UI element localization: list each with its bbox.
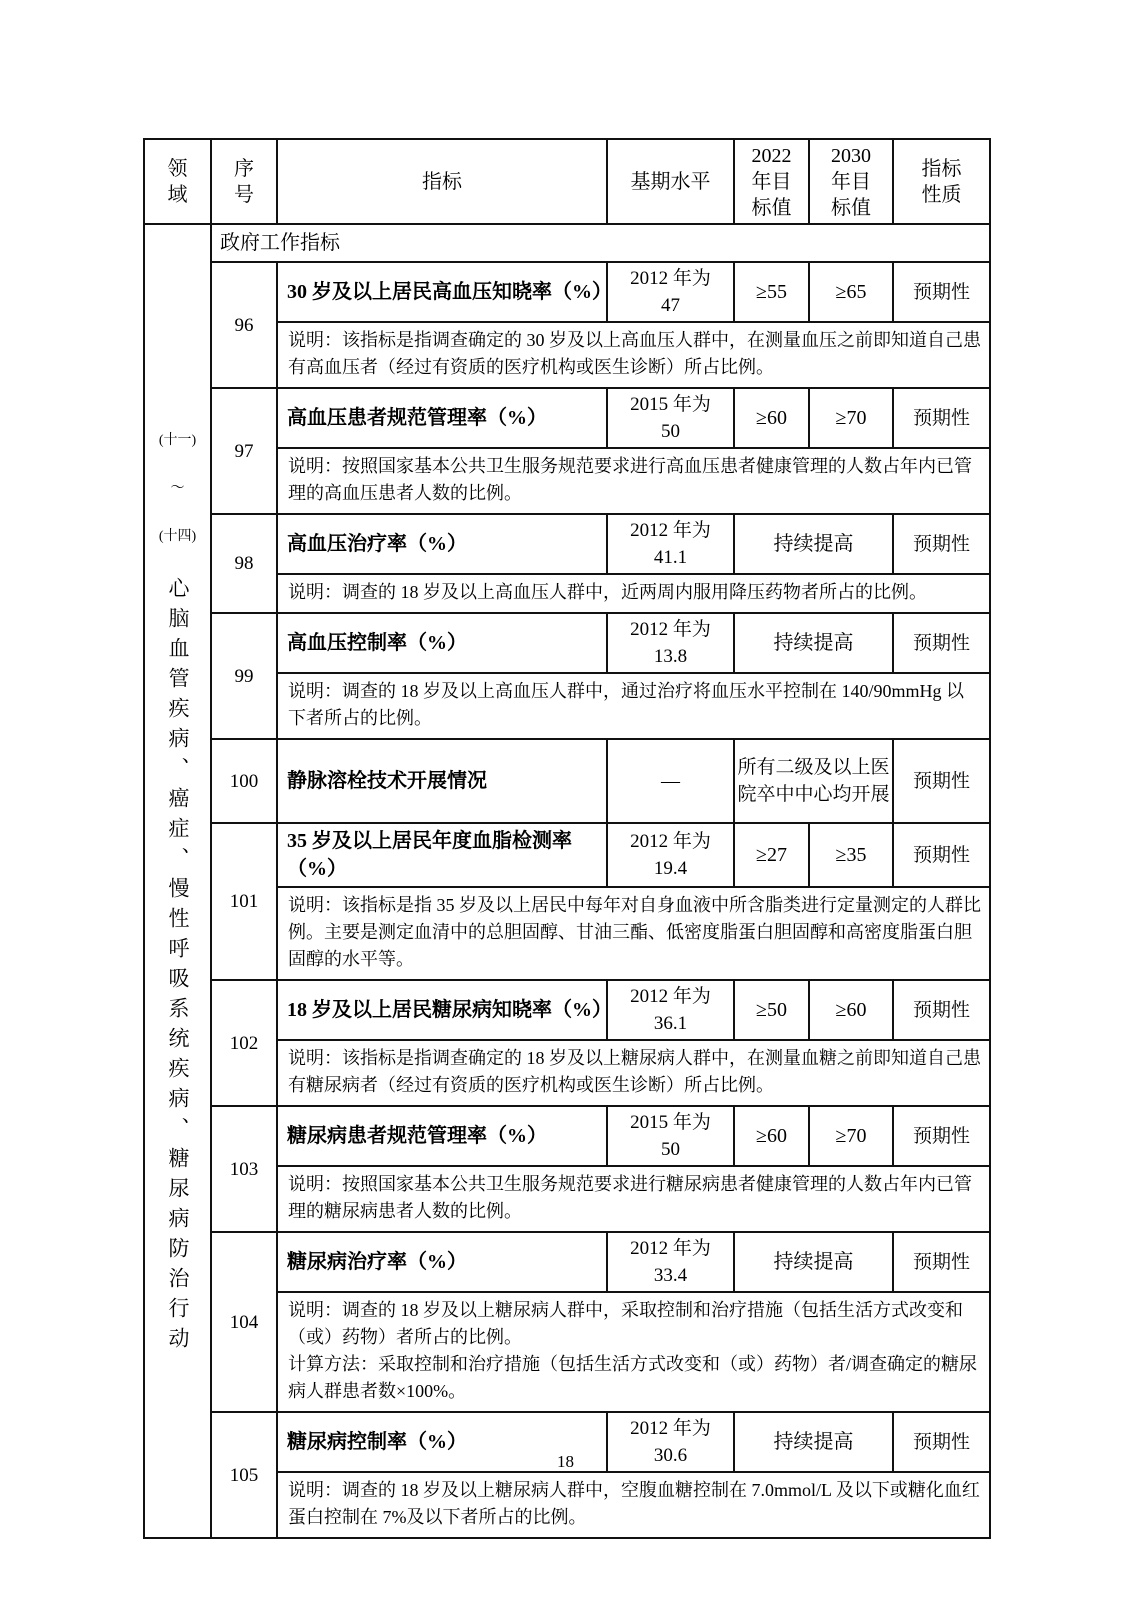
target-combined-value: 持续提高 — [734, 613, 893, 673]
row-number: 104 — [211, 1232, 277, 1412]
row-number: 103 — [211, 1106, 277, 1232]
indicators-table: 领 域 序 号 指标 基期水平 2022 年目 标值 2030 年目 标值 指标… — [143, 138, 991, 1539]
indicator-title: 糖尿病患者规范管理率（%） — [277, 1106, 607, 1166]
target-2022-value: ≥60 — [734, 388, 809, 448]
row-number: 105 — [211, 1412, 277, 1538]
target-combined-value: 所有二级及以上医院卒中中心均开展 — [734, 739, 893, 823]
row-number: 99 — [211, 613, 277, 739]
domain-range-start: (十一) — [159, 429, 196, 453]
header-number: 序 号 — [211, 139, 277, 224]
domain-label: (十一) ～ (十四) 心脑血管疾病、癌症、慢性呼吸系统疾病、糖尿病防治行动 — [145, 405, 210, 1357]
table-row: 98 高血压治疗率（%） 2012 年为 41.1 持续提高 预期性 — [144, 514, 990, 574]
indicator-nature: 预期性 — [893, 1106, 990, 1166]
indicator-note: 说明：该指标是指 35 岁及以上居民中每年对自身血液中所含脂类进行定量测定的人群… — [277, 887, 990, 980]
table-row: 99 高血压控制率（%） 2012 年为 13.8 持续提高 预期性 — [144, 613, 990, 673]
domain-range-tilde: ～ — [159, 477, 196, 501]
target-2022-value: ≥60 — [734, 1106, 809, 1166]
row-number: 96 — [211, 262, 277, 388]
target-2030-value: ≥70 — [809, 388, 893, 448]
target-combined-value: 持续提高 — [734, 1232, 893, 1292]
indicator-note: 说明：按照国家基本公共卫生服务规范要求进行高血压患者健康管理的人数占年内已管理的… — [277, 448, 990, 514]
indicator-note: 说明：调查的 18 岁及以上糖尿病人群中，采取控制和治疗措施（包括生活方式改变和… — [277, 1292, 990, 1412]
table-header-row: 领 域 序 号 指标 基期水平 2022 年目 标值 2030 年目 标值 指标… — [144, 139, 990, 224]
table-row: 100 静脉溶栓技术开展情况 — 所有二级及以上医院卒中中心均开展 预期性 — [144, 739, 990, 823]
indicator-nature: 预期性 — [893, 514, 990, 574]
indicator-nature: 预期性 — [893, 1232, 990, 1292]
domain-name: 心脑血管疾病、癌症、慢性呼吸系统疾病、糖尿病防治行动 — [167, 577, 188, 1357]
header-domain: 领 域 — [144, 139, 211, 224]
target-2030-value: ≥70 — [809, 1106, 893, 1166]
table-row: 104 糖尿病治疗率（%） 2012 年为 33.4 持续提高 预期性 — [144, 1232, 990, 1292]
indicator-title: 高血压患者规范管理率（%） — [277, 388, 607, 448]
domain-column: (十一) ～ (十四) 心脑血管疾病、癌症、慢性呼吸系统疾病、糖尿病防治行动 — [144, 224, 211, 1538]
page-number: 18 — [0, 1452, 1131, 1472]
table-row: 101 35 岁及以上居民年度血脂检测率（%） 2012 年为 19.4 ≥27… — [144, 823, 990, 887]
baseline-value: 2012 年为 47 — [607, 262, 734, 322]
indicator-nature: 预期性 — [893, 613, 990, 673]
indicator-note: 说明：调查的 18 岁及以上高血压人群中，通过治疗将血压水平控制在 140/90… — [277, 673, 990, 739]
baseline-value: 2012 年为 13.8 — [607, 613, 734, 673]
target-2022-value: ≥50 — [734, 980, 809, 1040]
indicator-nature: 预期性 — [893, 739, 990, 823]
table-row: 96 30 岁及以上居民高血压知晓率（%） 2012 年为 47 ≥55 ≥65… — [144, 262, 990, 322]
baseline-value: 2015 年为 50 — [607, 1106, 734, 1166]
domain-range: (十一) ～ (十四) — [159, 405, 196, 573]
row-number: 97 — [211, 388, 277, 514]
header-indicator: 指标 — [277, 139, 607, 224]
target-2022-value: ≥55 — [734, 262, 809, 322]
header-nature: 指标 性质 — [893, 139, 990, 224]
table-row: 97 高血压患者规范管理率（%） 2015 年为 50 ≥60 ≥70 预期性 — [144, 388, 990, 448]
baseline-value: 2012 年为 19.4 — [607, 823, 734, 887]
section-row: (十一) ～ (十四) 心脑血管疾病、癌症、慢性呼吸系统疾病、糖尿病防治行动 政… — [144, 224, 990, 262]
baseline-value: 2012 年为 36.1 — [607, 980, 734, 1040]
target-2030-value: ≥65 — [809, 262, 893, 322]
table-row: 103 糖尿病患者规范管理率（%） 2015 年为 50 ≥60 ≥70 预期性 — [144, 1106, 990, 1166]
indicator-nature: 预期性 — [893, 823, 990, 887]
domain-range-end: (十四) — [159, 525, 196, 549]
target-2022-value: ≥27 — [734, 823, 809, 887]
indicator-nature: 预期性 — [893, 980, 990, 1040]
document-page: 领 域 序 号 指标 基期水平 2022 年目 标值 2030 年目 标值 指标… — [0, 0, 1131, 1600]
indicator-title: 30 岁及以上居民高血压知晓率（%） — [277, 262, 607, 322]
row-number: 102 — [211, 980, 277, 1106]
header-target-2022: 2022 年目 标值 — [734, 139, 809, 224]
baseline-value: — — [607, 739, 734, 823]
header-target-2030: 2030 年目 标值 — [809, 139, 893, 224]
row-number: 101 — [211, 823, 277, 980]
indicator-title: 35 岁及以上居民年度血脂检测率（%） — [277, 823, 607, 887]
baseline-value: 2015 年为 50 — [607, 388, 734, 448]
indicator-note: 说明：调查的 18 岁及以上糖尿病人群中，空腹血糖控制在 7.0mmol/L 及… — [277, 1472, 990, 1538]
indicator-note: 说明：按照国家基本公共卫生服务规范要求进行糖尿病患者健康管理的人数占年内已管理的… — [277, 1166, 990, 1232]
section-header: 政府工作指标 — [211, 224, 990, 262]
indicator-note: 说明：该指标是指调查确定的 30 岁及以上高血压人群中，在测量血压之前即知道自己… — [277, 322, 990, 388]
table-row: 102 18 岁及以上居民糖尿病知晓率（%） 2012 年为 36.1 ≥50 … — [144, 980, 990, 1040]
indicator-title: 18 岁及以上居民糖尿病知晓率（%） — [277, 980, 607, 1040]
row-number: 100 — [211, 739, 277, 823]
indicator-nature: 预期性 — [893, 388, 990, 448]
indicator-title: 糖尿病治疗率（%） — [277, 1232, 607, 1292]
baseline-value: 2012 年为 41.1 — [607, 514, 734, 574]
indicator-nature: 预期性 — [893, 262, 990, 322]
target-combined-value: 持续提高 — [734, 514, 893, 574]
indicator-title: 高血压治疗率（%） — [277, 514, 607, 574]
indicator-note: 说明：调查的 18 岁及以上高血压人群中，近两周内服用降压药物者所占的比例。 — [277, 574, 990, 613]
indicator-title: 高血压控制率（%） — [277, 613, 607, 673]
indicator-note: 说明：该指标是指调查确定的 18 岁及以上糖尿病人群中，在测量血糖之前即知道自己… — [277, 1040, 990, 1106]
target-2030-value: ≥60 — [809, 980, 893, 1040]
row-number: 98 — [211, 514, 277, 613]
header-baseline: 基期水平 — [607, 139, 734, 224]
indicator-title: 静脉溶栓技术开展情况 — [277, 739, 607, 823]
baseline-value: 2012 年为 33.4 — [607, 1232, 734, 1292]
target-2030-value: ≥35 — [809, 823, 893, 887]
